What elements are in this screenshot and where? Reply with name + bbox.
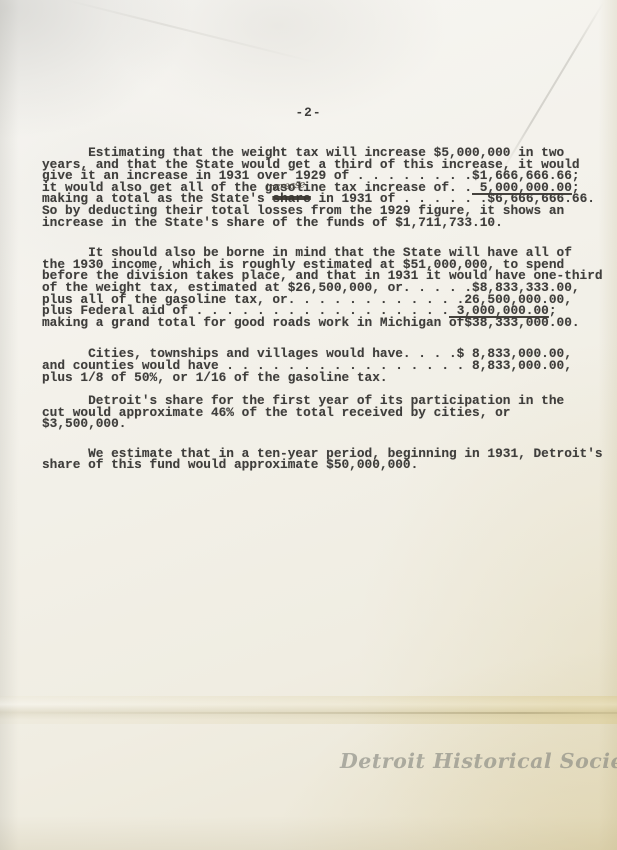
paragraph: Detroit's share for the first year of it… bbox=[42, 395, 603, 430]
paper-crease-top-left bbox=[64, 0, 317, 63]
paper-fold-line bbox=[0, 712, 617, 714]
page-number: -2- bbox=[0, 105, 617, 120]
paragraph: Cities, townships and villages would hav… bbox=[42, 348, 603, 383]
document-line: $3,500,000. bbox=[42, 418, 603, 430]
document-line: increase in the State's share of the fun… bbox=[42, 217, 603, 229]
document-text: Estimating that the weight tax will incr… bbox=[42, 147, 603, 471]
watermark: Detroit Historical Society bbox=[340, 749, 610, 773]
paper-fold-band bbox=[0, 696, 617, 724]
document-line: making a grand total for good roads work… bbox=[42, 317, 603, 329]
paragraph: Estimating that the weight tax will incr… bbox=[42, 147, 603, 228]
paragraph: We estimate that in a ten-year period, b… bbox=[42, 448, 603, 471]
scanned-page: -2- Estimating that the weight tax will … bbox=[0, 0, 617, 850]
document-line: share of this fund would approximate $50… bbox=[42, 459, 603, 471]
document-line: plus 1/8 of 50%, or 1/16 of the gasoline… bbox=[42, 372, 603, 384]
handwritten-correction: increase bbox=[266, 181, 306, 194]
paragraph: It should also be borne in mind that the… bbox=[42, 247, 603, 328]
